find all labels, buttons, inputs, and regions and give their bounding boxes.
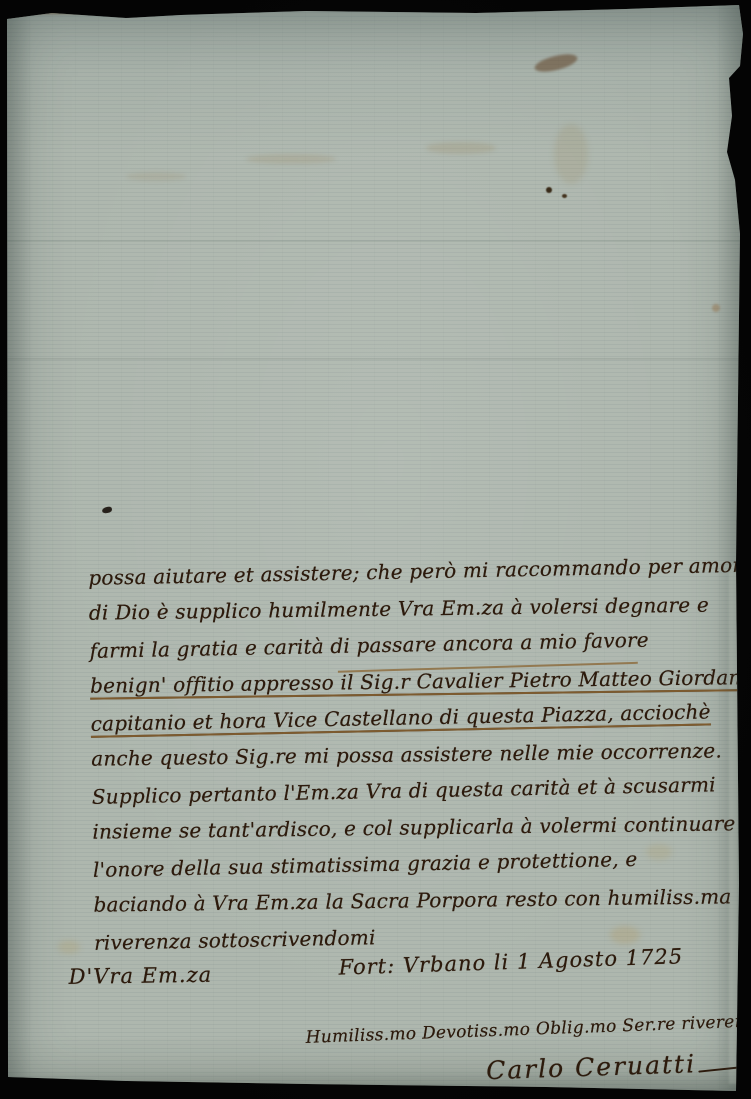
scan-background: possa aiutare et assistere; che però mi … [0, 0, 751, 1099]
closing-addressee: D'Vra Em.za [68, 963, 212, 989]
manuscript-page: possa aiutare et assistere; che però mi … [6, 4, 746, 1096]
valediction: Humiliss.mo Devotiss.mo Oblig.mo Ser.re … [305, 1011, 751, 1047]
letter-body: possa aiutare et assistere; che però mi … [88, 549, 720, 960]
handwritten-ink-layer: possa aiutare et assistere; che però mi … [0, 0, 751, 1099]
signature: Carlo Ceruatti [486, 1049, 697, 1085]
torn-edge-stain [24, 7, 174, 14]
